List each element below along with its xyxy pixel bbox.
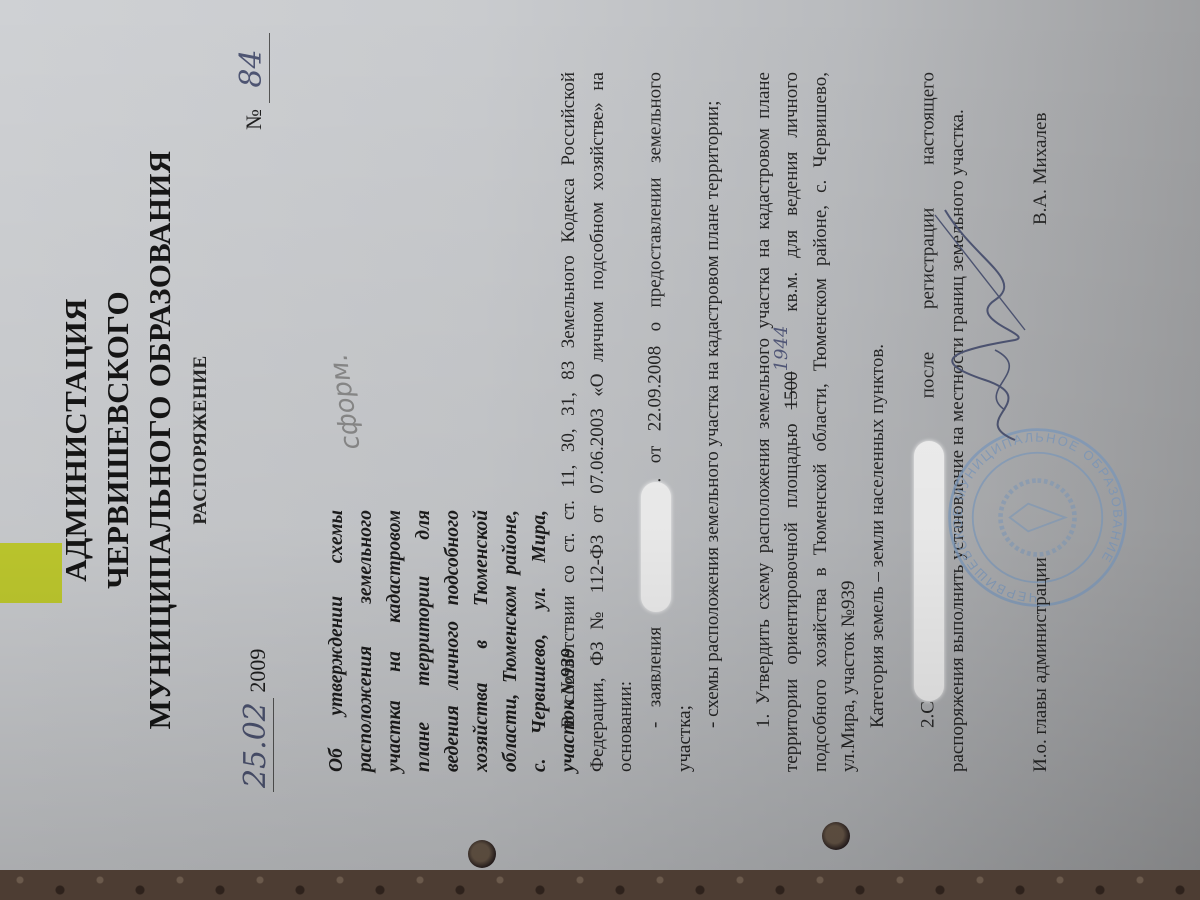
item-1: 1. Утвердить схему расположения земельно… — [750, 72, 864, 772]
redaction — [914, 441, 944, 701]
document-subject: Об утверждении схемы расположения земель… — [322, 510, 583, 772]
number-label: № — [241, 109, 266, 130]
basis-1-prefix: - заявления — [644, 627, 665, 728]
document-date: 25.02 2009 — [238, 649, 274, 792]
carpet-background — [0, 870, 1200, 900]
preamble: В соответствии со ст. ст. 11, 30, 31, 83… — [555, 72, 641, 772]
redaction — [641, 482, 671, 612]
date-handwritten: 25.02 — [238, 698, 274, 792]
punch-hole — [468, 840, 496, 868]
organization-header: АДМИНИСТАЦИЯ ЧЕРВИШЕВСКОГО МУНИЦИПАЛЬНОГ… — [55, 0, 181, 880]
area-handwritten: 1944 — [771, 326, 792, 372]
date-year: 2009 — [245, 649, 270, 693]
document-body: В соответствии со ст. ст. 11, 30, 31, 83… — [555, 72, 973, 772]
sticky-note-tab — [0, 543, 62, 603]
org-line-2: ЧЕРВИШЕВСКОГО — [97, 0, 139, 880]
pencil-note: сформ. — [323, 352, 366, 452]
signer-name: В.А. Михалев — [1030, 113, 1052, 225]
item-2-prefix: 2.С — [917, 701, 938, 728]
signer-title: И.о. главы администрации — [1030, 557, 1052, 772]
org-line-3: МУНИЦИПАЛЬНОГО ОБРАЗОВАНИЯ — [139, 0, 181, 880]
area-typed: 1500 — [781, 371, 802, 409]
document-sheet: АДМИНИСТАЦИЯ ЧЕРВИШЕВСКОГО МУНИЦИПАЛЬНОГ… — [0, 0, 1200, 880]
rotated-document: АДМИНИСТАЦИЯ ЧЕРВИШЕВСКОГО МУНИЦИПАЛЬНОГ… — [0, 0, 1200, 880]
punch-hole — [822, 822, 850, 850]
number-handwritten: 84 — [234, 34, 270, 104]
document-type: РАСПОРЯЖЕНИЕ — [190, 0, 212, 880]
document-number: № 84 — [234, 34, 270, 131]
org-line-1: АДМИНИСТАЦИЯ — [55, 0, 97, 880]
basis-1: - заявления . от 22.09.2008 о предоставл… — [641, 72, 700, 772]
basis-2: - схемы расположения земельного участка … — [699, 72, 728, 772]
land-category: Категория земель – земли населенных пунк… — [864, 72, 893, 772]
signature — [925, 200, 1055, 450]
